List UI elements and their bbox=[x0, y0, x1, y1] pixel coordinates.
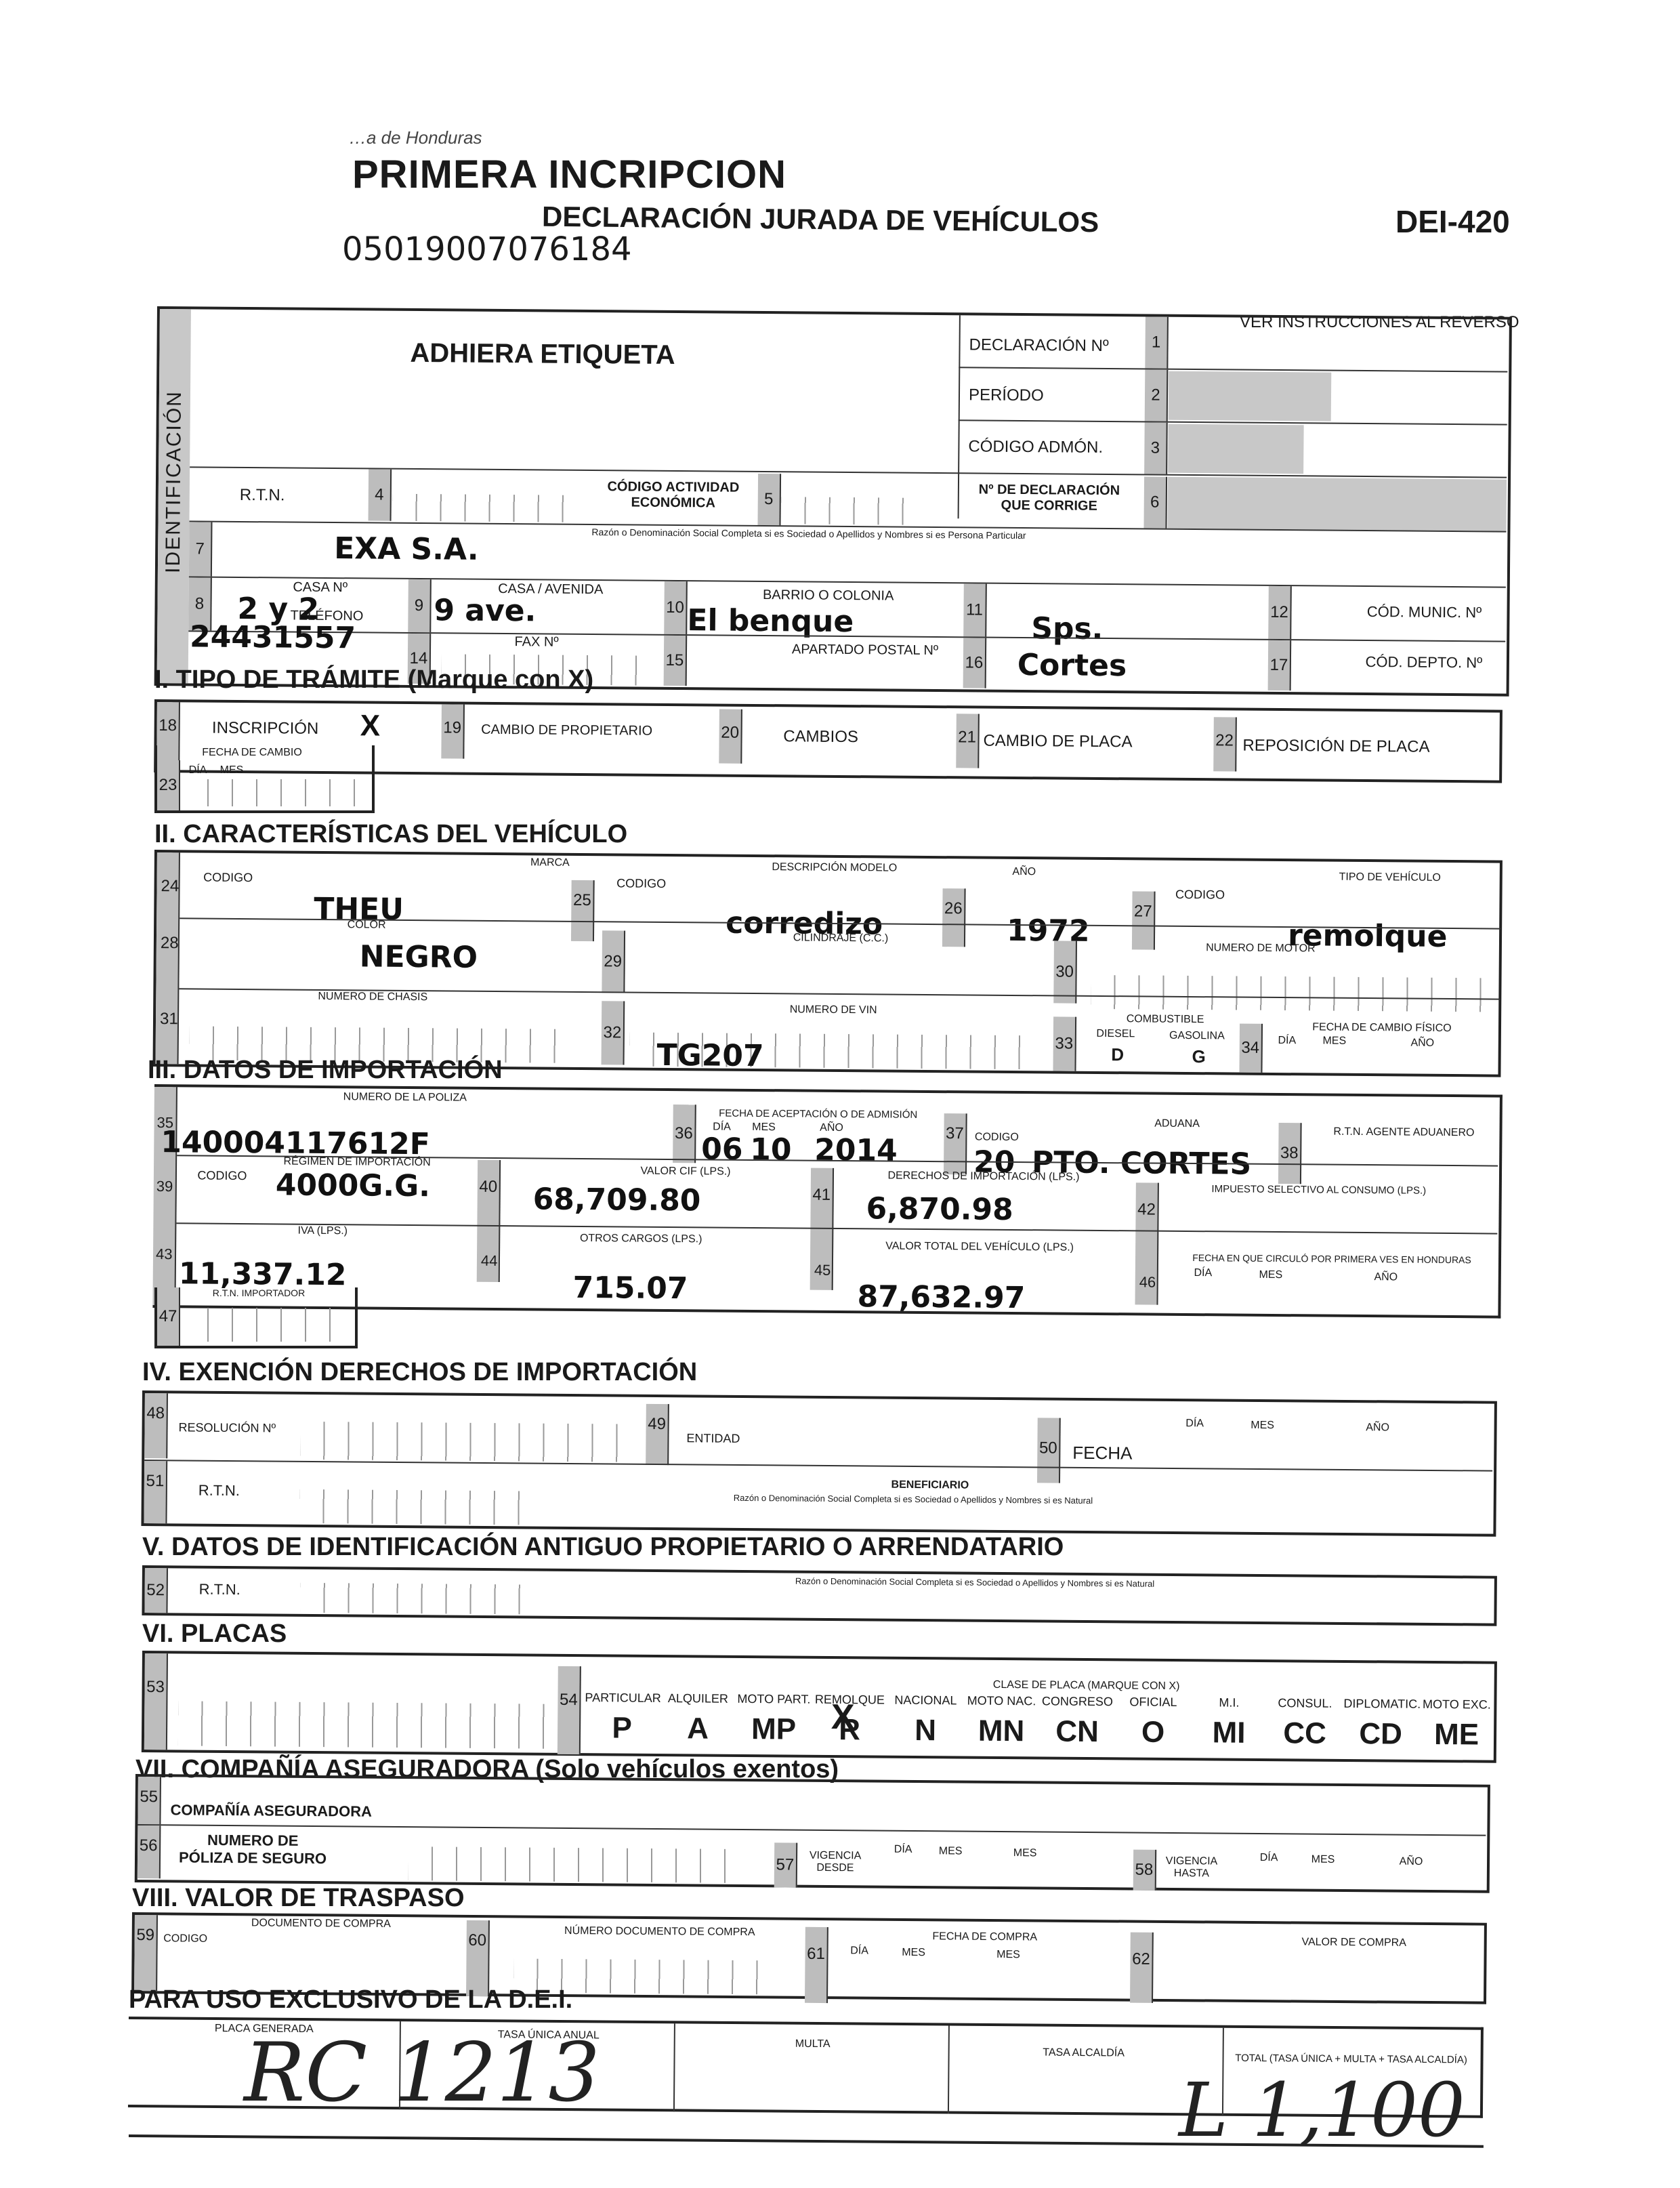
placas-title: VI. PLACAS bbox=[142, 1619, 287, 1649]
poliza-seguro-label: NUMERO DE PÓLIZA DE SEGURO bbox=[178, 1832, 327, 1868]
field-number: 54 bbox=[558, 1666, 581, 1754]
mes-label: MES bbox=[1242, 1420, 1283, 1432]
valor-total-label: VALOR TOTAL DEL VEHÍCULO (LPS.) bbox=[878, 1240, 1081, 1254]
fecha-cambio-label: FECHA DE CAMBIO bbox=[184, 747, 320, 759]
field-number: 31 bbox=[160, 1010, 178, 1029]
codigo-actividad-label: CÓDIGO ACTIVIDAD ECONÓMICA bbox=[592, 479, 755, 512]
tramite-title: I. TIPO DE TRÁMITE (Marque con X) bbox=[154, 665, 593, 695]
field-number: 56 bbox=[138, 1825, 161, 1878]
codigo-admon-label: CÓDIGO ADMÓN. bbox=[968, 437, 1103, 457]
telefono-value[interactable]: 24431557 bbox=[190, 619, 356, 655]
field-number: 12 bbox=[1268, 586, 1292, 639]
valor-compra-input[interactable] bbox=[1157, 1954, 1475, 1998]
fecha-aceptacion-label: FECHA DE ACEPTACIÓN O DE ADMISIÓN bbox=[696, 1107, 940, 1121]
motor-label: NUMERO DE MOTOR bbox=[1186, 942, 1335, 955]
clase-placa-label: CLASE DE PLACA (Marque con X) bbox=[917, 1678, 1256, 1693]
barrio-label: BARRIO O COLONIA bbox=[747, 587, 910, 604]
valor-compra-label: VALOR DE COMPRA bbox=[1286, 1936, 1422, 1949]
exencion-title: IV. EXENCIÓN DERECHOS DE IMPORTACIÓN bbox=[142, 1358, 697, 1387]
form-code: DEI-420 bbox=[1395, 203, 1510, 240]
razon-social-value[interactable]: EXA S.A. bbox=[334, 531, 479, 567]
cod-depto-label: CÓD. DEPTO. Nº bbox=[1356, 653, 1492, 672]
mes-label: MES bbox=[930, 1845, 971, 1857]
placa-class-label: PARTICULAR bbox=[585, 1691, 659, 1706]
antiguo-title: V. DATOS DE IDENTIFICACIÓN ANTIGUO PROPI… bbox=[142, 1533, 1064, 1562]
mes-label: MES bbox=[1251, 1269, 1291, 1281]
anio-value[interactable]: 1972 bbox=[1007, 913, 1090, 949]
stamp-title: PRIMERA INCRIPCION bbox=[352, 152, 786, 197]
dia-label: DÍA bbox=[1175, 1418, 1215, 1430]
field-number: 36 bbox=[673, 1105, 696, 1163]
field-number: 61 bbox=[805, 1927, 828, 2003]
modelo-label: DESCRIPCIÓN MODELO bbox=[733, 861, 936, 875]
placa-class-label: MOTO EXC. bbox=[1419, 1697, 1494, 1712]
otros-cargos-label: OTROS CARGOS (LPS.) bbox=[573, 1233, 709, 1246]
rtn-label: R.T.N. bbox=[240, 486, 285, 505]
importacion-section: 35 NUMERO DE LA POLIZA 140004117612F 36 … bbox=[152, 1084, 1503, 1319]
valor-cif-label: VALOR CIF (LPS.) bbox=[628, 1165, 743, 1178]
field-number: 26 bbox=[942, 888, 966, 947]
placa-class-label: MOTO PART. bbox=[736, 1692, 811, 1707]
placa-option-mi[interactable]: MI bbox=[1192, 1716, 1266, 1750]
entidad-label: ENTIDAD bbox=[686, 1431, 740, 1446]
antiguo-section: 52 R.T.N. Razón o Denominación Social Co… bbox=[142, 1565, 1497, 1626]
beneficiario-label: BENEFICIARIO bbox=[862, 1479, 998, 1492]
periodo-label: PERÍODO bbox=[969, 386, 1044, 405]
rtn-label: R.T.N. bbox=[198, 1482, 240, 1500]
field-number: 24 bbox=[161, 877, 179, 896]
anio-label: AÑO bbox=[984, 866, 1065, 879]
fecha-circulo-label: FECHA EN QUE CIRCULÓ POR PRIMERA VES EN … bbox=[1169, 1252, 1494, 1266]
placa-option-nacional[interactable]: N bbox=[888, 1714, 963, 1748]
numero-documento-label: NÚMERO DOCUMENTO DE COMPRA bbox=[541, 1925, 778, 1939]
field-number: 46 bbox=[1139, 1273, 1156, 1291]
field-number: 22 bbox=[1213, 717, 1237, 771]
avenida-value[interactable]: 9 ave. bbox=[434, 593, 536, 628]
diesel-label: DIESEL bbox=[1078, 1028, 1153, 1041]
mes-label: MES bbox=[1314, 1035, 1355, 1047]
fecha-cambio-box: FECHA DE CAMBIO 23 DÍA MES bbox=[154, 745, 375, 813]
field-number: 10 bbox=[664, 581, 688, 634]
placa-class-label: M.I. bbox=[1192, 1695, 1266, 1710]
cilindraje-label: CILINDRAJE (C.C.) bbox=[753, 932, 929, 945]
anio-label: AÑO bbox=[1351, 1422, 1405, 1434]
document-number: 05019007076184 bbox=[342, 230, 632, 268]
anio-label: AÑO bbox=[1384, 1855, 1438, 1868]
field-number: 45 bbox=[814, 1262, 831, 1279]
field-number: 9 bbox=[408, 579, 432, 632]
aduana-code-label: CODIGO bbox=[969, 1131, 1024, 1144]
placa-option-alquiler[interactable]: A bbox=[660, 1712, 735, 1746]
placa-class-label: CONSUL. bbox=[1267, 1696, 1342, 1711]
color-value[interactable]: NEGRO bbox=[360, 939, 478, 974]
mes-label: MES bbox=[218, 764, 245, 777]
resolucion-label: RESOLUCIÓN Nº bbox=[178, 1420, 276, 1435]
placa-class-label: ALQUILER bbox=[660, 1691, 735, 1706]
multa-label: MULTA bbox=[677, 2037, 948, 2051]
exencion-section: 48 RESOLUCIÓN Nº 49 ENTIDAD 50 FECHA DÍA… bbox=[141, 1390, 1497, 1537]
field-number: 57 bbox=[774, 1842, 798, 1887]
razon-social-hint: Razón o Denominación Social Completa si … bbox=[591, 527, 1026, 541]
tramite-inscripcion-label: INSCRIPCIÓN bbox=[198, 719, 333, 739]
field-number: 47 bbox=[157, 1287, 180, 1346]
color-label: COLOR bbox=[326, 919, 407, 932]
field-number: 17 bbox=[1268, 640, 1292, 690]
barrio-value[interactable]: El benque bbox=[687, 603, 854, 639]
field-number: 52 bbox=[144, 1568, 168, 1613]
gasolina-option[interactable]: G bbox=[1165, 1046, 1233, 1068]
codigo-actividad-input[interactable] bbox=[782, 497, 917, 525]
impuesto-selectivo-label: IMPUESTO SELECTIVO AL CONSUMO (LPS.) bbox=[1177, 1183, 1461, 1197]
declaracion-corrige-label: Nº DE DECLARACIÓN QUE CORRIGE bbox=[965, 482, 1134, 514]
declaracion-corrige-input[interactable] bbox=[1167, 477, 1507, 531]
placas-section: 53 54 CLASE DE PLACA (Marque con X) PART… bbox=[142, 1651, 1497, 1763]
anio-label: AÑO bbox=[1359, 1271, 1413, 1284]
field-number: 32 bbox=[602, 1001, 625, 1065]
tramite-inscripcion-mark[interactable]: X bbox=[360, 709, 381, 743]
dia-label: DÍA bbox=[1267, 1035, 1307, 1047]
iva-label: IVA (LPS.) bbox=[289, 1225, 356, 1238]
field-number: 20 bbox=[719, 709, 742, 764]
rtn-importador-box: 47 R.T.N. IMPORTADOR bbox=[154, 1287, 358, 1348]
field-number: 33 bbox=[1053, 1016, 1076, 1071]
modelo-code-label: CODIGO bbox=[604, 876, 679, 891]
placa-option-consul[interactable]: CC bbox=[1267, 1716, 1342, 1751]
mes-label: MES bbox=[893, 1947, 933, 1959]
diesel-option[interactable]: D bbox=[1084, 1044, 1152, 1066]
field-number: 23 bbox=[157, 760, 180, 810]
dia-label: DÍA bbox=[839, 1945, 880, 1957]
vin-value[interactable]: TG207 bbox=[656, 1038, 763, 1073]
dia-label: DÍA bbox=[1183, 1267, 1223, 1279]
tramite-cambios-label[interactable]: CAMBIOS bbox=[753, 727, 888, 747]
dia-label: DÍA bbox=[883, 1844, 923, 1856]
marca-label: MARCA bbox=[496, 856, 604, 869]
field-number: 28 bbox=[161, 934, 179, 953]
rtn-importador-label: R.T.N. IMPORTADOR bbox=[191, 1287, 327, 1298]
importacion-title: III. DATOS DE IMPORTACIÓN bbox=[148, 1056, 503, 1085]
poliza-seguro-input[interactable] bbox=[408, 1846, 747, 1883]
field-number: 43 bbox=[156, 1245, 173, 1263]
derechos-value[interactable]: 6,870.98 bbox=[866, 1191, 1013, 1227]
tipo-code-label: CODIGO bbox=[1159, 888, 1240, 903]
field-number: 38 bbox=[1278, 1123, 1302, 1184]
placa-option-congreso[interactable]: CN bbox=[1040, 1714, 1114, 1749]
tasa-alcaldia-label: TASA ALCALDÍA bbox=[948, 2046, 1219, 2061]
field-number: 34 bbox=[1239, 1024, 1263, 1073]
identificacion-section: IDENTIFICACIÓN ADHIERA ETIQUETA DECLARAC… bbox=[154, 306, 1512, 697]
vin-label: NUMERO DE VIN bbox=[765, 1004, 901, 1017]
tramite-reposicion-label[interactable]: REPOSICIÓN DE PLACA bbox=[1238, 737, 1434, 757]
gasolina-label: GASOLINA bbox=[1160, 1030, 1234, 1043]
ciudad-value[interactable]: Sps. bbox=[1031, 611, 1103, 646]
declaracion-input[interactable] bbox=[1175, 320, 1501, 367]
vehiculo-title: II. CARACTERÍSTICAS DEL VEHÍCULO bbox=[154, 820, 627, 849]
codigo-label: CODIGO bbox=[162, 1933, 209, 1945]
placa-option-moto-exc[interactable]: ME bbox=[1419, 1718, 1494, 1752]
periodo-input[interactable] bbox=[1169, 371, 1332, 421]
field-number: 48 bbox=[144, 1393, 168, 1458]
total-label: TOTAL (Tasa Única + Multa + Tasa Alcaldí… bbox=[1223, 2052, 1480, 2066]
placa-remolque-mark: X bbox=[805, 1697, 880, 1738]
tipo-vehiculo-label: TIPO DE VEHÍCULO bbox=[1309, 871, 1471, 884]
resolucion-input[interactable] bbox=[300, 1422, 639, 1462]
placa-class-label: CONGRESO bbox=[1040, 1694, 1114, 1709]
field-number: 39 bbox=[156, 1178, 173, 1195]
clase-placa-grid: PARTICULAR P ALQUILER A MOTO PART. MP RE… bbox=[585, 1691, 1493, 1763]
vehiculo-section: 24 MARCA CODIGO THEU 25 DESCRIPCIÓN MODE… bbox=[152, 850, 1502, 1077]
rtn-beneficiario-input[interactable] bbox=[299, 1489, 523, 1525]
poliza-label: NUMERO DE LA POLIZA bbox=[324, 1091, 486, 1105]
aseguradora-section: 55 COMPAÑÍA ASEGURADORA 56 NUMERO DE PÓL… bbox=[135, 1774, 1490, 1893]
valor-cif-value[interactable]: 68,709.80 bbox=[532, 1182, 700, 1218]
declaracion-label: DECLARACIÓN Nº bbox=[969, 335, 1108, 356]
placa-option-moto-nac[interactable]: MN bbox=[964, 1714, 1038, 1749]
placa-option-diplomatic[interactable]: CD bbox=[1343, 1717, 1418, 1752]
sticker-label: ADHIERA ETIQUETA bbox=[410, 338, 675, 371]
header-faded-line: …a de Honduras bbox=[349, 127, 482, 148]
compania-label: COMPAÑÍA ASEGURADORA bbox=[170, 1801, 372, 1820]
field-number: 58 bbox=[1133, 1850, 1156, 1891]
rtn-agente-label: R.T.N. AGENTE ADUANERO bbox=[1312, 1126, 1495, 1139]
placa-class-label: DIPLOMATIC. bbox=[1343, 1697, 1418, 1712]
codigo-admon-input[interactable] bbox=[1168, 424, 1304, 474]
rtn-importador-input[interactable] bbox=[184, 1308, 354, 1342]
field-number: 11 bbox=[963, 583, 987, 636]
antiguo-hint: Razón o Denominación Social Completa si … bbox=[795, 1576, 1154, 1589]
aduana-label: ADUANA bbox=[1130, 1117, 1225, 1130]
fecha-cambio-input[interactable] bbox=[184, 779, 360, 806]
field-number: 27 bbox=[1132, 891, 1156, 949]
dia-label: DÍA bbox=[184, 764, 211, 777]
placa-generada-handwritten: RC 1213 bbox=[244, 2026, 600, 2120]
mes-label: MES bbox=[988, 1949, 1028, 1961]
total-handwritten: L 1,100 bbox=[1179, 2067, 1465, 2153]
placa-input[interactable] bbox=[178, 1701, 558, 1748]
placa-option-oficial[interactable]: O bbox=[1116, 1715, 1190, 1750]
field-number: 4 bbox=[369, 469, 392, 520]
field-number: 1 bbox=[1145, 316, 1169, 368]
apartado-label: APARTADO POSTAL Nº bbox=[780, 642, 950, 659]
field-number: 25 bbox=[571, 880, 595, 941]
regimen-value[interactable]: 4000G.G. bbox=[276, 1168, 431, 1203]
field-number: 3 bbox=[1144, 422, 1168, 474]
identificacion-side-label: IDENTIFICACIÓN bbox=[162, 390, 186, 573]
field-number: 19 bbox=[441, 704, 465, 758]
field-number: 7 bbox=[189, 522, 213, 576]
mes-label: MES bbox=[1005, 1847, 1045, 1859]
entidad-input[interactable] bbox=[754, 1411, 1032, 1468]
field-number: 30 bbox=[1053, 941, 1077, 1003]
dia-label: DÍA bbox=[1248, 1852, 1289, 1864]
motor-input[interactable] bbox=[1091, 975, 1490, 1012]
field-number: 49 bbox=[646, 1404, 669, 1465]
regimen-label: RÉGIMEN DE IMPORTACIÓN bbox=[269, 1155, 445, 1169]
field-number: 51 bbox=[144, 1461, 167, 1523]
rtn-input[interactable] bbox=[393, 494, 583, 522]
field-number: 5 bbox=[757, 474, 781, 525]
derechos-label: DERECHOS DE IMPORTACIÓN (LPS.) bbox=[872, 1170, 1095, 1184]
field-number: 15 bbox=[664, 636, 688, 686]
vigencia-desde-label: VIGENCIA DESDE bbox=[801, 1850, 869, 1875]
cod-munic-label: CÓD. MUNIC. Nº bbox=[1356, 603, 1492, 622]
combustible-label: COMBUSTIBLE bbox=[1097, 1013, 1233, 1027]
placa-class-label: OFICIAL bbox=[1116, 1695, 1190, 1710]
departamento-value[interactable]: Cortes bbox=[1017, 648, 1127, 683]
field-number: 2 bbox=[1145, 369, 1169, 421]
field-number: 50 bbox=[1037, 1418, 1061, 1483]
rtn-label: R.T.N. bbox=[199, 1581, 240, 1598]
beneficiario-hint: Razón o Denominación Social Completa si … bbox=[734, 1493, 1093, 1506]
placa-class-label: MOTO NAC. bbox=[964, 1694, 1038, 1709]
field-number: 16 bbox=[963, 638, 987, 688]
field-number: 29 bbox=[602, 930, 625, 993]
tramite-cambio-placa-label[interactable]: CAMBIO DE PLACA bbox=[980, 732, 1135, 752]
fecha-dia-value[interactable]: 06 bbox=[701, 1132, 743, 1166]
traspaso-title: VIII. VALOR DE TRASPASO bbox=[132, 1884, 465, 1913]
dei-title: PARA USO EXCLUSIVO DE LA D.E.I. bbox=[129, 1985, 572, 2015]
field-number: 21 bbox=[956, 714, 980, 768]
field-number: 53 bbox=[144, 1653, 168, 1750]
fax-label: FAX Nº bbox=[496, 634, 577, 651]
field-number: 55 bbox=[138, 1777, 161, 1824]
valor-total-value[interactable]: 87,632.97 bbox=[857, 1279, 1025, 1315]
field-number: 62 bbox=[1130, 1933, 1154, 2003]
fecha-mes-value[interactable]: 10 bbox=[750, 1132, 792, 1167]
mes-label: MES bbox=[1303, 1854, 1343, 1866]
otros-cargos-value[interactable]: 715.07 bbox=[572, 1271, 688, 1306]
placa-option-moto-part[interactable]: MP bbox=[736, 1712, 811, 1747]
vigencia-hasta-label: VIGENCIA HASTA bbox=[1158, 1855, 1225, 1880]
fecha-label: FECHA bbox=[1072, 1443, 1132, 1464]
field-number: 6 bbox=[1143, 476, 1167, 528]
chasis-label: NUMERO DE CHASIS bbox=[291, 991, 454, 1004]
documento-compra-label: DOCUMENTO DE COMPRA bbox=[236, 1917, 406, 1931]
field-number: 59 bbox=[134, 1915, 158, 1991]
placa-class-label: NACIONAL bbox=[888, 1693, 963, 1708]
anio-label: AÑO bbox=[1395, 1037, 1450, 1050]
regimen-code-label: CODIGO bbox=[185, 1168, 259, 1183]
fecha-cambio-fisico-label: FECHA DE CAMBIO FÍSICO bbox=[1280, 1021, 1484, 1035]
fecha-compra-label: FECHA DE COMPRA bbox=[900, 1931, 1070, 1944]
marca-code-label: CODIGO bbox=[191, 870, 266, 885]
placa-option-particular[interactable]: P bbox=[585, 1711, 659, 1746]
field-number: 44 bbox=[481, 1252, 498, 1270]
rtn-antiguo-input[interactable] bbox=[300, 1583, 524, 1615]
field-number: 37 bbox=[944, 1113, 967, 1174]
fecha-anio-value[interactable]: 2014 bbox=[814, 1133, 898, 1168]
tramite-cambio-propietario-label[interactable]: CAMBIO DE PROPIETARIO bbox=[469, 722, 665, 739]
